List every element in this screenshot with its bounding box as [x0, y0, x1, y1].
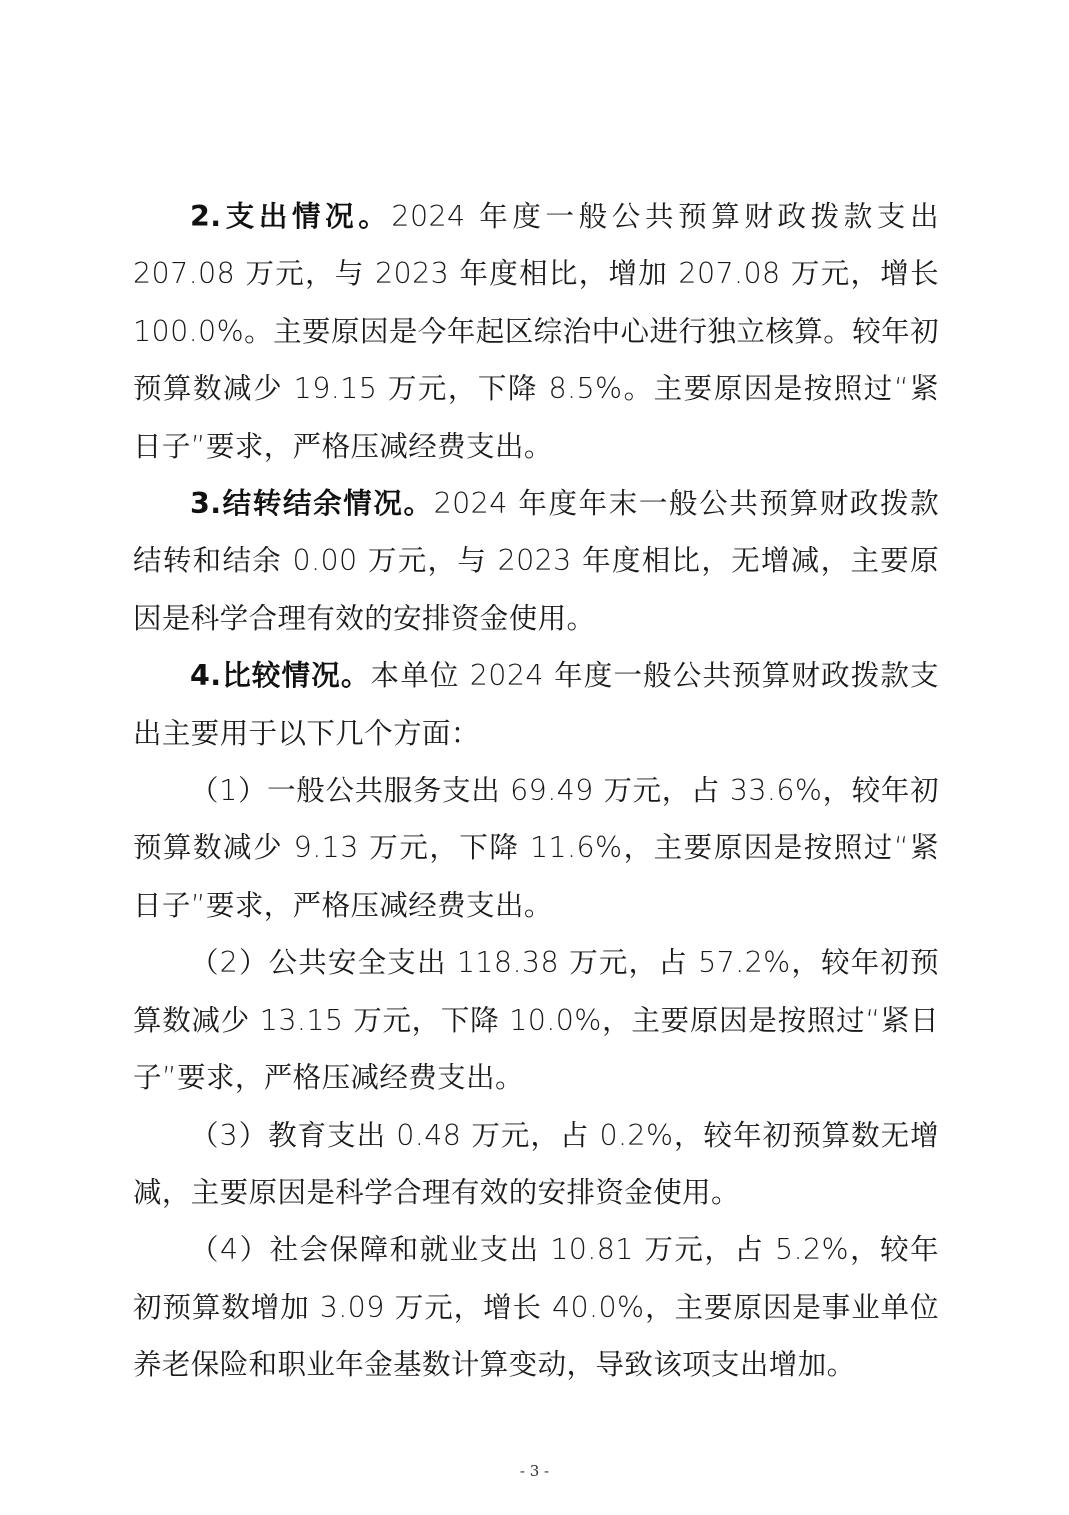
paragraph-text: 2024 年度一般公共预算财政拨款支出 207.08 万元，与 2023 年度相… [133, 200, 939, 463]
paragraph-heading: 3.结转结余情况。 [190, 487, 434, 520]
paragraph-item-4: （4）社会保障和就业支出 10.81 万元，占 5.2%，较年初预算数增加 3.… [133, 1221, 939, 1393]
paragraph-item-1: （1）一般公共服务支出 69.49 万元，占 33.6%，较年初预算数减少 9.… [133, 762, 939, 934]
paragraph-carryover: 3.结转结余情况。2024 年度年末一般公共预算财政拨款结转和结余 0.00 万… [133, 475, 939, 647]
paragraph-text: （4）社会保障和就业支出 10.81 万元，占 5.2%，较年初预算数增加 3.… [133, 1233, 939, 1381]
paragraph-item-3: （3）教育支出 0.48 万元，占 0.2%，较年初预算数无增减，主要原因是科学… [133, 1107, 939, 1222]
paragraph-text: （1）一般公共服务支出 69.49 万元，占 33.6%，较年初预算数减少 9.… [133, 774, 939, 922]
page-number: - 3 - [0, 1462, 1069, 1480]
document-body: 2.支出情况。2024 年度一般公共预算财政拨款支出 207.08 万元，与 2… [133, 188, 939, 1394]
paragraph-text: （2）公共安全支出 118.38 万元，占 57.2%，较年初预算数减少 13.… [133, 946, 939, 1094]
paragraph-heading: 4.比较情况。 [190, 659, 371, 692]
paragraph-item-2: （2）公共安全支出 118.38 万元，占 57.2%，较年初预算数减少 13.… [133, 934, 939, 1106]
paragraph-heading: 2.支出情况。 [190, 200, 391, 233]
paragraph-text: （3）教育支出 0.48 万元，占 0.2%，较年初预算数无增减，主要原因是科学… [133, 1119, 939, 1209]
paragraph-comparison: 4.比较情况。本单位 2024 年度一般公共预算财政拨款支出主要用于以下几个方面… [133, 647, 939, 762]
paragraph-expenditure: 2.支出情况。2024 年度一般公共预算财政拨款支出 207.08 万元，与 2… [133, 188, 939, 475]
